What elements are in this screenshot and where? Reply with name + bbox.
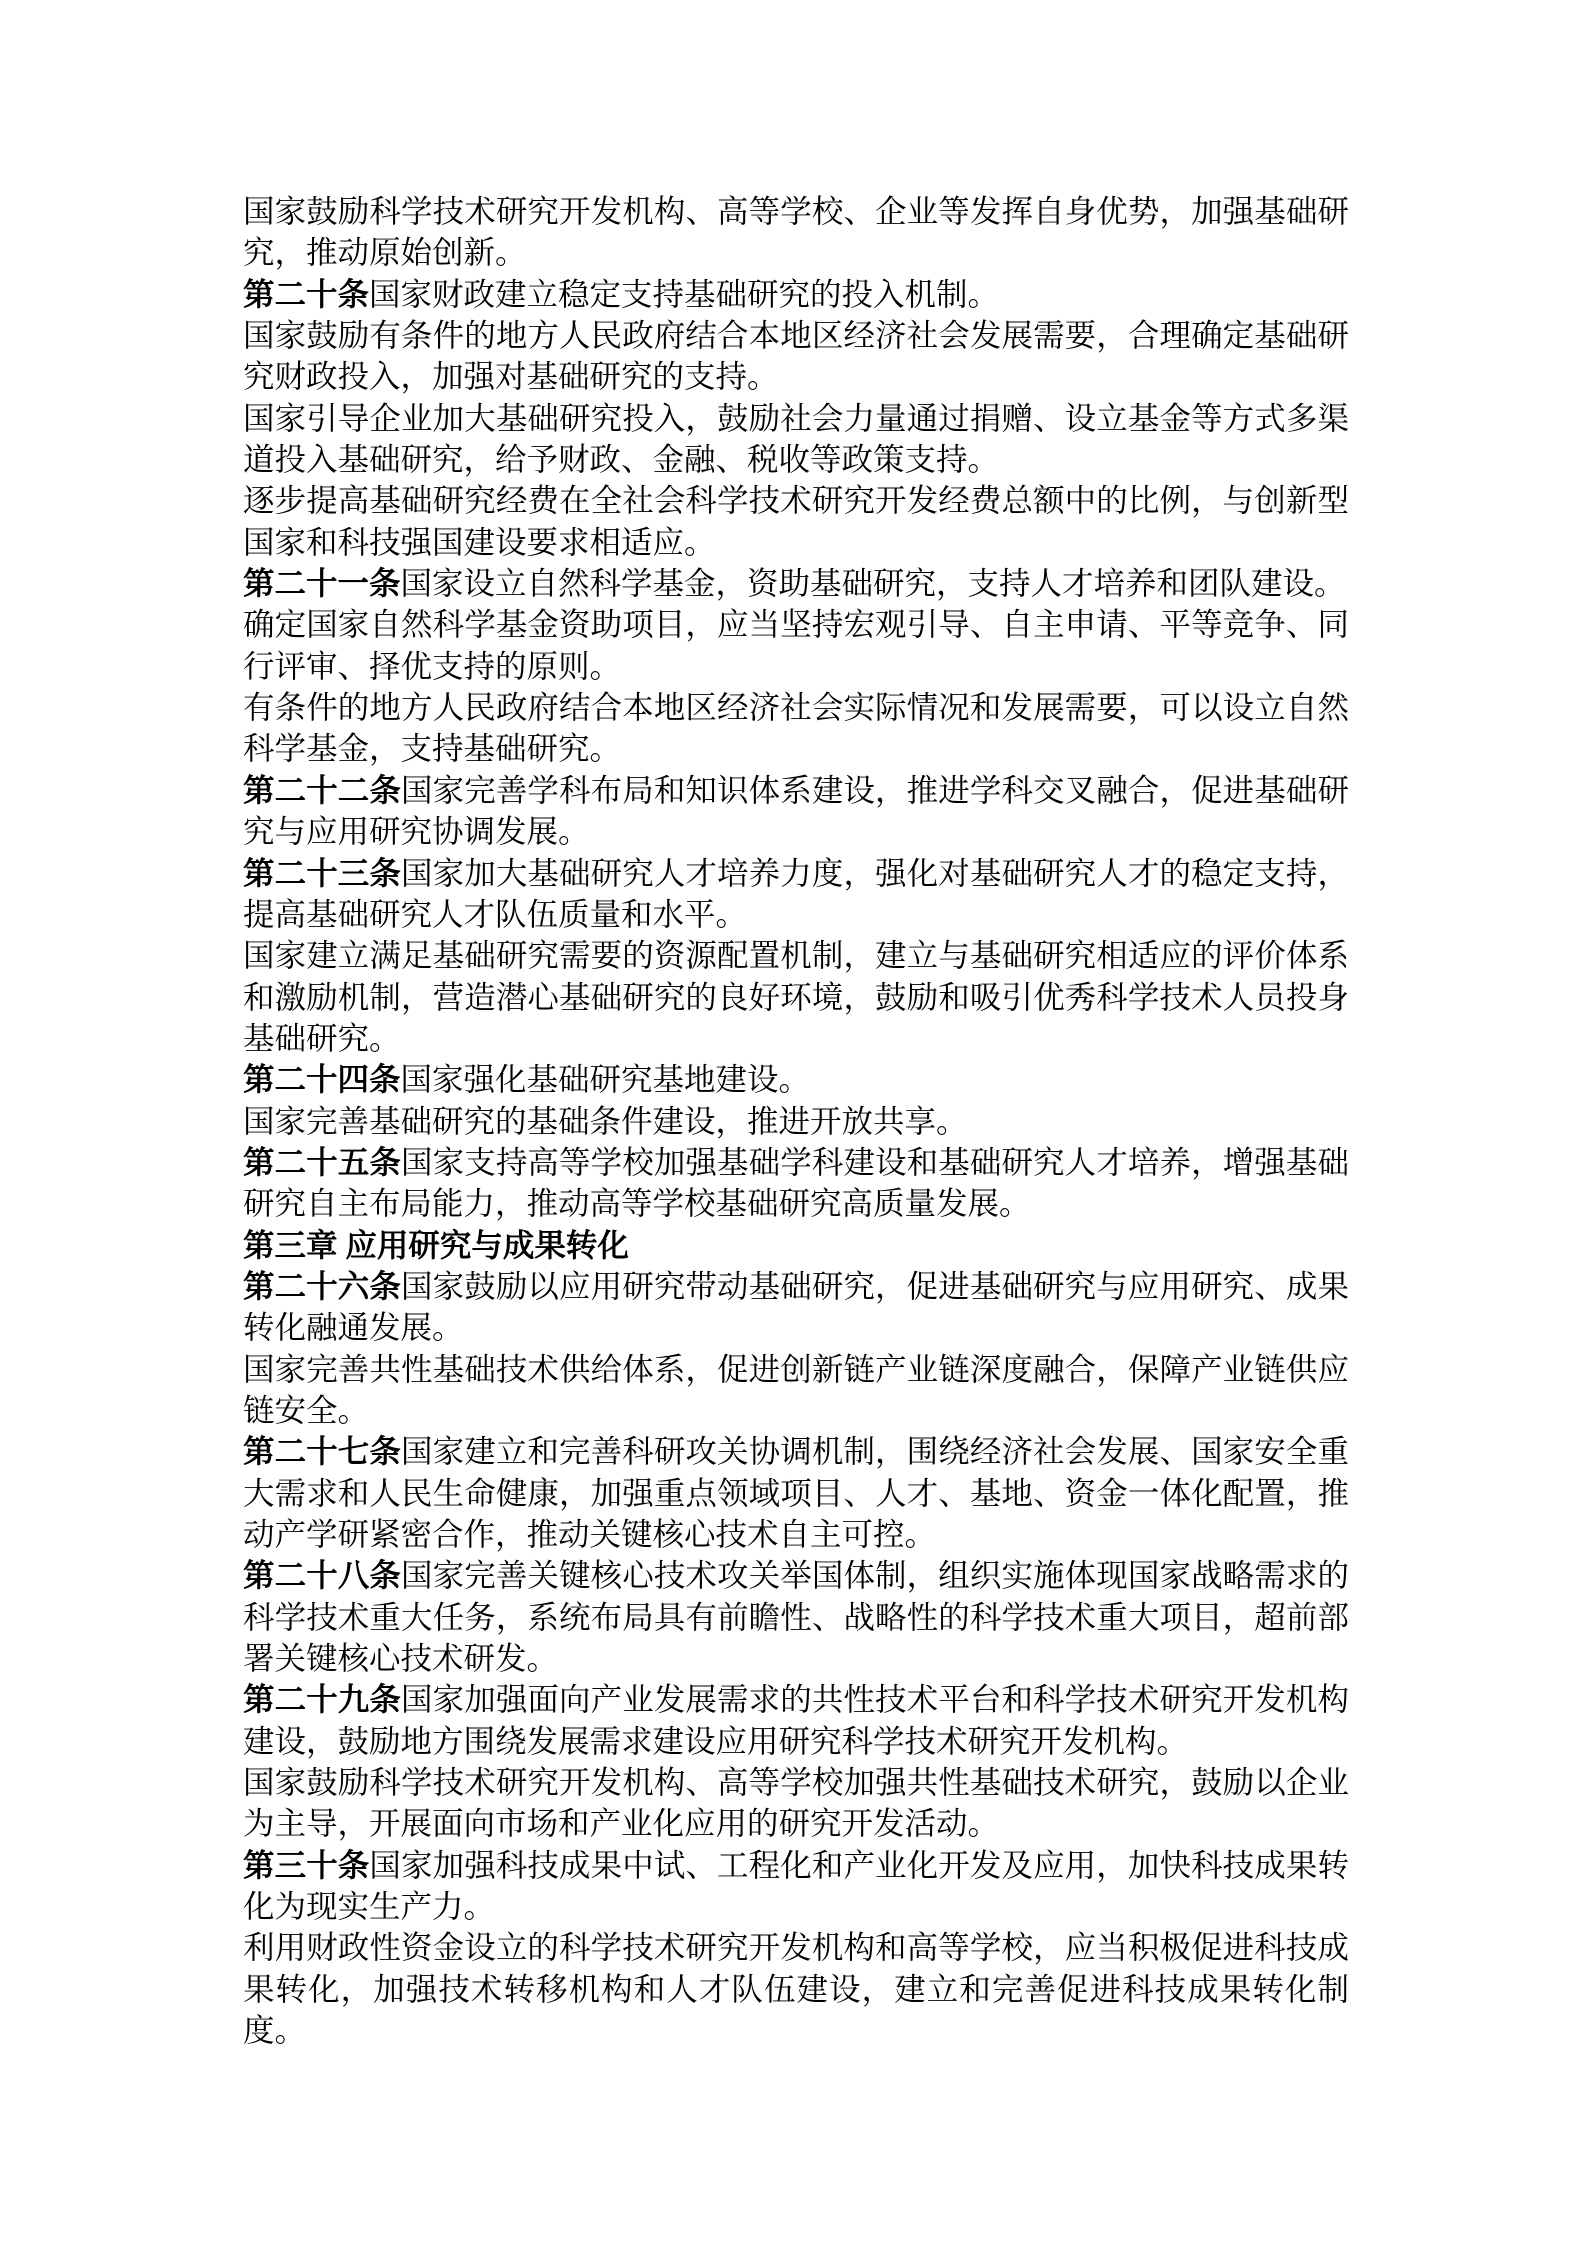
paragraph-text: 国家财政建立稳定支持基础研究的投入机制。 — [369, 277, 999, 312]
article-number: 第二十六条 — [243, 1269, 401, 1304]
article-number: 第二十二条 — [243, 773, 401, 808]
article-number: 第三章 应用研究与成果转化 — [243, 1228, 629, 1263]
paragraph-text: 国家强化基础研究基地建设。 — [401, 1062, 811, 1097]
paragraph: 第二十九条国家加强面向产业发展需求的共性技术平台和科学技术研究开发机构建设，鼓励… — [243, 1679, 1349, 1762]
paragraph-text: 国家加强科技成果中试、工程化和产业化开发及应用，加快科技成果转化为现实生产力。 — [243, 1848, 1349, 1924]
article-number: 第二十九条 — [243, 1682, 401, 1717]
paragraph-text: 国家设立自然科学基金，资助基础研究，支持人才培养和团队建设。 — [401, 566, 1346, 601]
article-number: 第二十三条 — [243, 856, 401, 891]
paragraph: 国家引导企业加大基础研究投入，鼓励社会力量通过捐赠、设立基金等方式多渠道投入基础… — [243, 398, 1349, 481]
paragraph: 国家鼓励科学技术研究开发机构、高等学校、企业等发挥自身优势，加强基础研究，推动原… — [243, 191, 1349, 274]
article-number: 第三十条 — [243, 1848, 369, 1883]
paragraph-text: 国家建立和完善科研攻关协调机制，围绕经济社会发展、国家安全重大需求和人民生命健康… — [243, 1434, 1349, 1552]
paragraph-text: 国家支持高等学校加强基础学科建设和基础研究人才培养，增强基础研究自主布局能力，推… — [243, 1145, 1349, 1221]
paragraph: 有条件的地方人民政府结合本地区经济社会实际情况和发展需要，可以设立自然科学基金，… — [243, 687, 1349, 770]
article-number: 第二十八条 — [243, 1558, 401, 1593]
paragraph: 第二十三条国家加大基础研究人才培养力度，强化对基础研究人才的稳定支持，提高基础研… — [243, 853, 1349, 936]
paragraph-text: 国家引导企业加大基础研究投入，鼓励社会力量通过捐赠、设立基金等方式多渠道投入基础… — [243, 401, 1349, 477]
chapter-heading: 第三章 应用研究与成果转化 — [243, 1225, 1349, 1266]
paragraph: 国家鼓励有条件的地方人民政府结合本地区经济社会发展需要，合理确定基础研究财政投入… — [243, 315, 1349, 398]
paragraph: 第二十一条国家设立自然科学基金，资助基础研究，支持人才培养和团队建设。 — [243, 563, 1349, 604]
paragraph: 国家完善共性基础技术供给体系，促进创新链产业链深度融合，保障产业链供应链安全。 — [243, 1349, 1349, 1432]
article-number: 第二十条 — [243, 277, 369, 312]
paragraph: 国家完善基础研究的基础条件建设，推进开放共享。 — [243, 1101, 1349, 1142]
article-number: 第二十七条 — [243, 1434, 401, 1469]
paragraph: 确定国家自然科学基金资助项目，应当坚持宏观引导、自主申请、平等竞争、同行评审、择… — [243, 604, 1349, 687]
paragraph-text: 国家完善关键核心技术攻关举国体制，组织实施体现国家战略需求的科学技术重大任务，系… — [243, 1558, 1349, 1676]
paragraph: 第二十条国家财政建立稳定支持基础研究的投入机制。 — [243, 274, 1349, 315]
paragraph-text: 国家加大基础研究人才培养力度，强化对基础研究人才的稳定支持，提高基础研究人才队伍… — [243, 856, 1349, 932]
paragraph: 第三十条国家加强科技成果中试、工程化和产业化开发及应用，加快科技成果转化为现实生… — [243, 1845, 1349, 1928]
article-number: 第二十五条 — [243, 1145, 401, 1180]
paragraph-text: 国家完善学科布局和知识体系建设，推进学科交叉融合，促进基础研究与应用研究协调发展… — [243, 773, 1349, 849]
paragraph-text: 国家鼓励有条件的地方人民政府结合本地区经济社会发展需要，合理确定基础研究财政投入… — [243, 318, 1349, 394]
paragraph: 第二十五条国家支持高等学校加强基础学科建设和基础研究人才培养，增强基础研究自主布… — [243, 1142, 1349, 1225]
paragraph-text: 国家鼓励科学技术研究开发机构、高等学校、企业等发挥自身优势，加强基础研究，推动原… — [243, 194, 1349, 270]
document-body: 国家鼓励科学技术研究开发机构、高等学校、企业等发挥自身优势，加强基础研究，推动原… — [243, 191, 1349, 2051]
document-page: 国家鼓励科学技术研究开发机构、高等学校、企业等发挥自身优势，加强基础研究，推动原… — [0, 0, 1587, 2245]
paragraph: 第二十八条国家完善关键核心技术攻关举国体制，组织实施体现国家战略需求的科学技术重… — [243, 1555, 1349, 1679]
paragraph-text: 有条件的地方人民政府结合本地区经济社会实际情况和发展需要，可以设立自然科学基金，… — [243, 690, 1349, 766]
paragraph: 第二十六条国家鼓励以应用研究带动基础研究，促进基础研究与应用研究、成果转化融通发… — [243, 1266, 1349, 1349]
paragraph-text: 国家加强面向产业发展需求的共性技术平台和科学技术研究开发机构建设，鼓励地方围绕发… — [243, 1682, 1349, 1758]
paragraph: 逐步提高基础研究经费在全社会科学技术研究开发经费总额中的比例，与创新型国家和科技… — [243, 480, 1349, 563]
paragraph-text: 国家完善基础研究的基础条件建设，推进开放共享。 — [243, 1104, 968, 1139]
paragraph-text: 国家鼓励以应用研究带动基础研究，促进基础研究与应用研究、成果转化融通发展。 — [243, 1269, 1349, 1345]
paragraph-text: 国家鼓励科学技术研究开发机构、高等学校加强共性基础技术研究，鼓励以企业为主导，开… — [243, 1765, 1349, 1841]
paragraph-text: 逐步提高基础研究经费在全社会科学技术研究开发经费总额中的比例，与创新型国家和科技… — [243, 483, 1349, 559]
paragraph-text: 确定国家自然科学基金资助项目，应当坚持宏观引导、自主申请、平等竞争、同行评审、择… — [243, 607, 1349, 683]
article-number: 第二十四条 — [243, 1062, 401, 1097]
paragraph: 第二十二条国家完善学科布局和知识体系建设，推进学科交叉融合，促进基础研究与应用研… — [243, 770, 1349, 853]
paragraph-text: 国家建立满足基础研究需要的资源配置机制，建立与基础研究相适应的评价体系和激励机制… — [243, 938, 1349, 1056]
paragraph: 利用财政性资金设立的科学技术研究开发机构和高等学校，应当积极促进科技成果转化，加… — [243, 1927, 1349, 2051]
paragraph: 第二十四条国家强化基础研究基地建设。 — [243, 1059, 1349, 1100]
paragraph: 第二十七条国家建立和完善科研攻关协调机制，围绕经济社会发展、国家安全重大需求和人… — [243, 1431, 1349, 1555]
paragraph-text: 国家完善共性基础技术供给体系，促进创新链产业链深度融合，保障产业链供应链安全。 — [243, 1352, 1349, 1428]
paragraph: 国家鼓励科学技术研究开发机构、高等学校加强共性基础技术研究，鼓励以企业为主导，开… — [243, 1762, 1349, 1845]
paragraph-text: 利用财政性资金设立的科学技术研究开发机构和高等学校，应当积极促进科技成果转化，加… — [243, 1930, 1349, 2048]
article-number: 第二十一条 — [243, 566, 401, 601]
paragraph: 国家建立满足基础研究需要的资源配置机制，建立与基础研究相适应的评价体系和激励机制… — [243, 935, 1349, 1059]
